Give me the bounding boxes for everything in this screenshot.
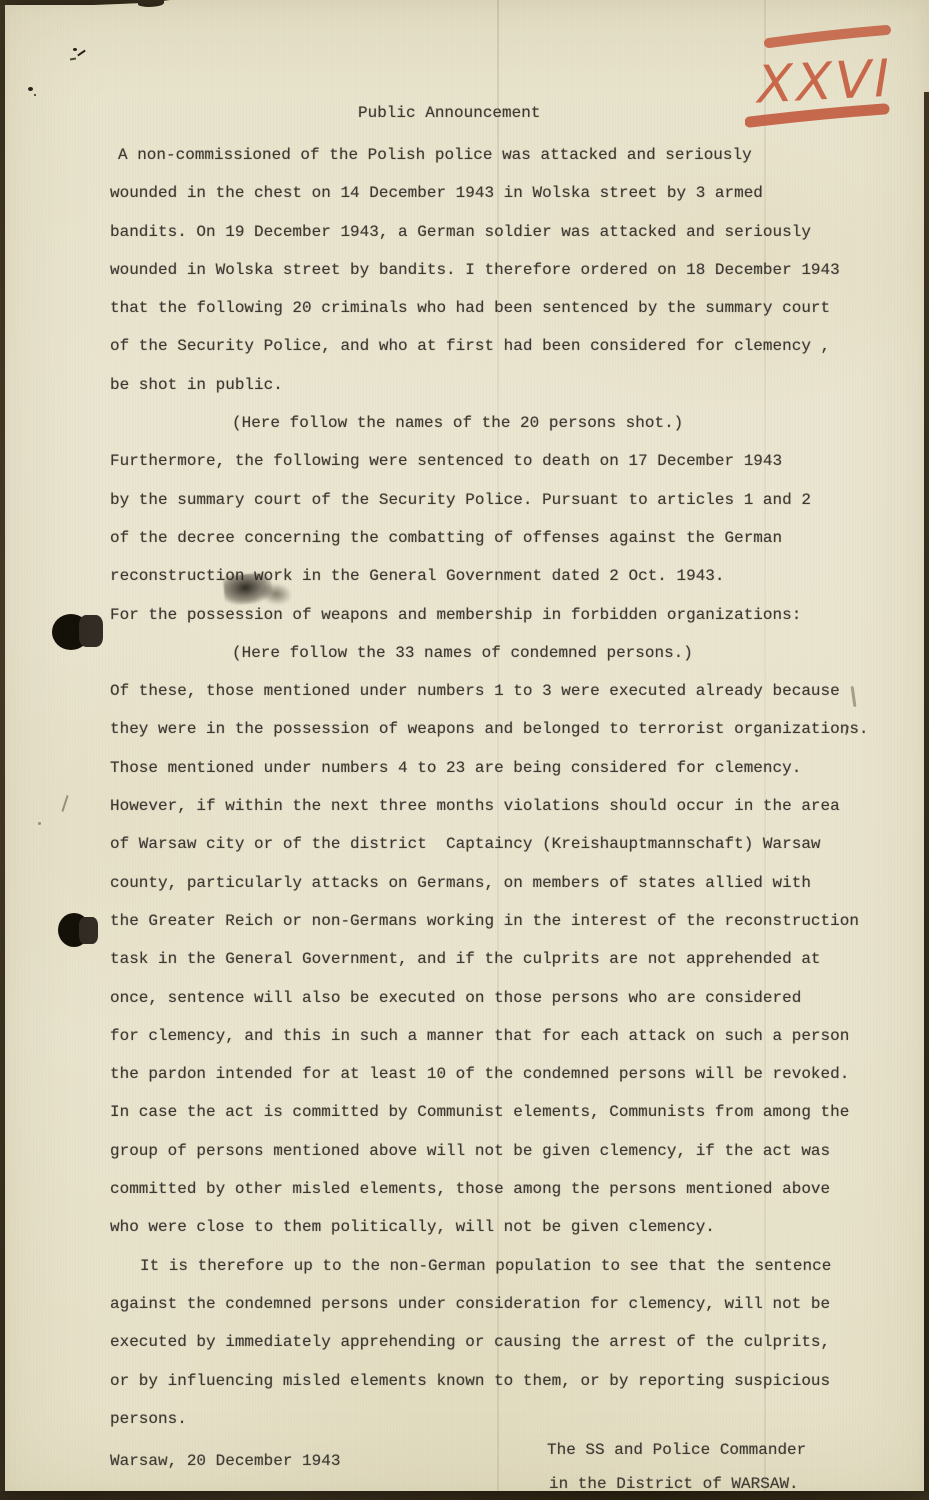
scan-edge-top (138, 0, 164, 7)
document-title: Public Announcement (358, 104, 540, 122)
ink-speck (77, 50, 86, 57)
body-text-line: It is therefore up to the non-German pop… (110, 1247, 910, 1285)
pencil-mark (38, 822, 41, 825)
body-text-line: A non-commissioned of the Polish police … (110, 136, 910, 174)
body-text-line: However, if within the next three months… (110, 787, 910, 825)
body-text-line: persons. (110, 1400, 910, 1438)
body-text-line: county, particularly attacks on Germans,… (110, 864, 910, 902)
body-text-line: executed by immediately apprehending or … (110, 1323, 910, 1361)
body-text-line: of the decree concerning the combatting … (110, 519, 910, 557)
ink-speck (28, 87, 33, 91)
ink-blot-shadow (79, 615, 103, 647)
body-text-line: wounded in the chest on 14 December 1943… (110, 174, 910, 212)
body-text-line: group of persons mentioned above will no… (110, 1132, 910, 1170)
body-text-line: bandits. On 19 December 1943, a German s… (110, 213, 910, 251)
body-text-line: who were close to them politically, will… (110, 1208, 910, 1246)
crayon-stamp-graphic: XXVI (745, 16, 905, 136)
body-text-line: against the condemned persons under cons… (110, 1285, 910, 1323)
body-text-line: the pardon intended for at least 10 of t… (110, 1055, 910, 1093)
body-text-line: (Here follow the 33 names of condemned p… (110, 634, 910, 672)
body-text-line: (Here follow the names of the 20 persons… (110, 404, 910, 442)
body-text-line: that the following 20 criminals who had … (110, 289, 910, 327)
body-text-line: In case the act is committed by Communis… (110, 1093, 910, 1131)
ink-speck (34, 94, 36, 96)
body-text-line: Those mentioned under numbers 4 to 23 ar… (110, 749, 910, 787)
body-text-line: they were in the possession of weapons a… (110, 710, 910, 748)
scan-edge-right (924, 92, 929, 1500)
body-text-line: be shot in public. (110, 366, 910, 404)
body-text-line: by the summary court of the Security Pol… (110, 481, 910, 519)
ink-blot-shadow (79, 917, 98, 944)
body-text-line: for clemency, and this in such a manner … (110, 1017, 910, 1055)
body-text-line: Of these, those mentioned under numbers … (110, 672, 910, 710)
body-text-line: or by influencing misled elements known … (110, 1362, 910, 1400)
ink-smudge (259, 581, 294, 607)
pencil-mark (61, 795, 68, 812)
body-text-line: of the Security Police, and who at first… (110, 327, 910, 365)
page-number-stamp: XXVI (745, 16, 905, 136)
body-text-line: Furthermore, the following were sentence… (110, 442, 910, 480)
scan-edge-left (0, 0, 5, 1500)
signature-line-1: The SS and Police Commander (547, 1441, 806, 1459)
scan-edge-bottom (0, 1491, 929, 1500)
body-text-line: task in the General Government, and if t… (110, 940, 910, 978)
stamp-numeral: XXVI (752, 48, 897, 115)
body-text-line: wounded in Wolska street by bandits. I t… (110, 251, 910, 289)
body-text-line: the Greater Reich or non-Germans working… (110, 902, 910, 940)
body-text-line: committed by other misled elements, thos… (110, 1170, 910, 1208)
document-body: A non-commissioned of the Polish police … (110, 136, 910, 1438)
scanned-document-page: XXVI Public Announcement A non-commissio… (0, 0, 929, 1500)
ink-speck (73, 48, 77, 51)
body-text-line: of Warsaw city or of the district Captai… (110, 825, 910, 863)
ink-speck (70, 57, 76, 60)
ink-blot-hole-punch (52, 612, 104, 652)
ink-blot-hole-punch (58, 913, 102, 949)
body-text-line: once, sentence will also be executed on … (110, 979, 910, 1017)
date-place-line: Warsaw, 20 December 1943 (110, 1452, 340, 1470)
